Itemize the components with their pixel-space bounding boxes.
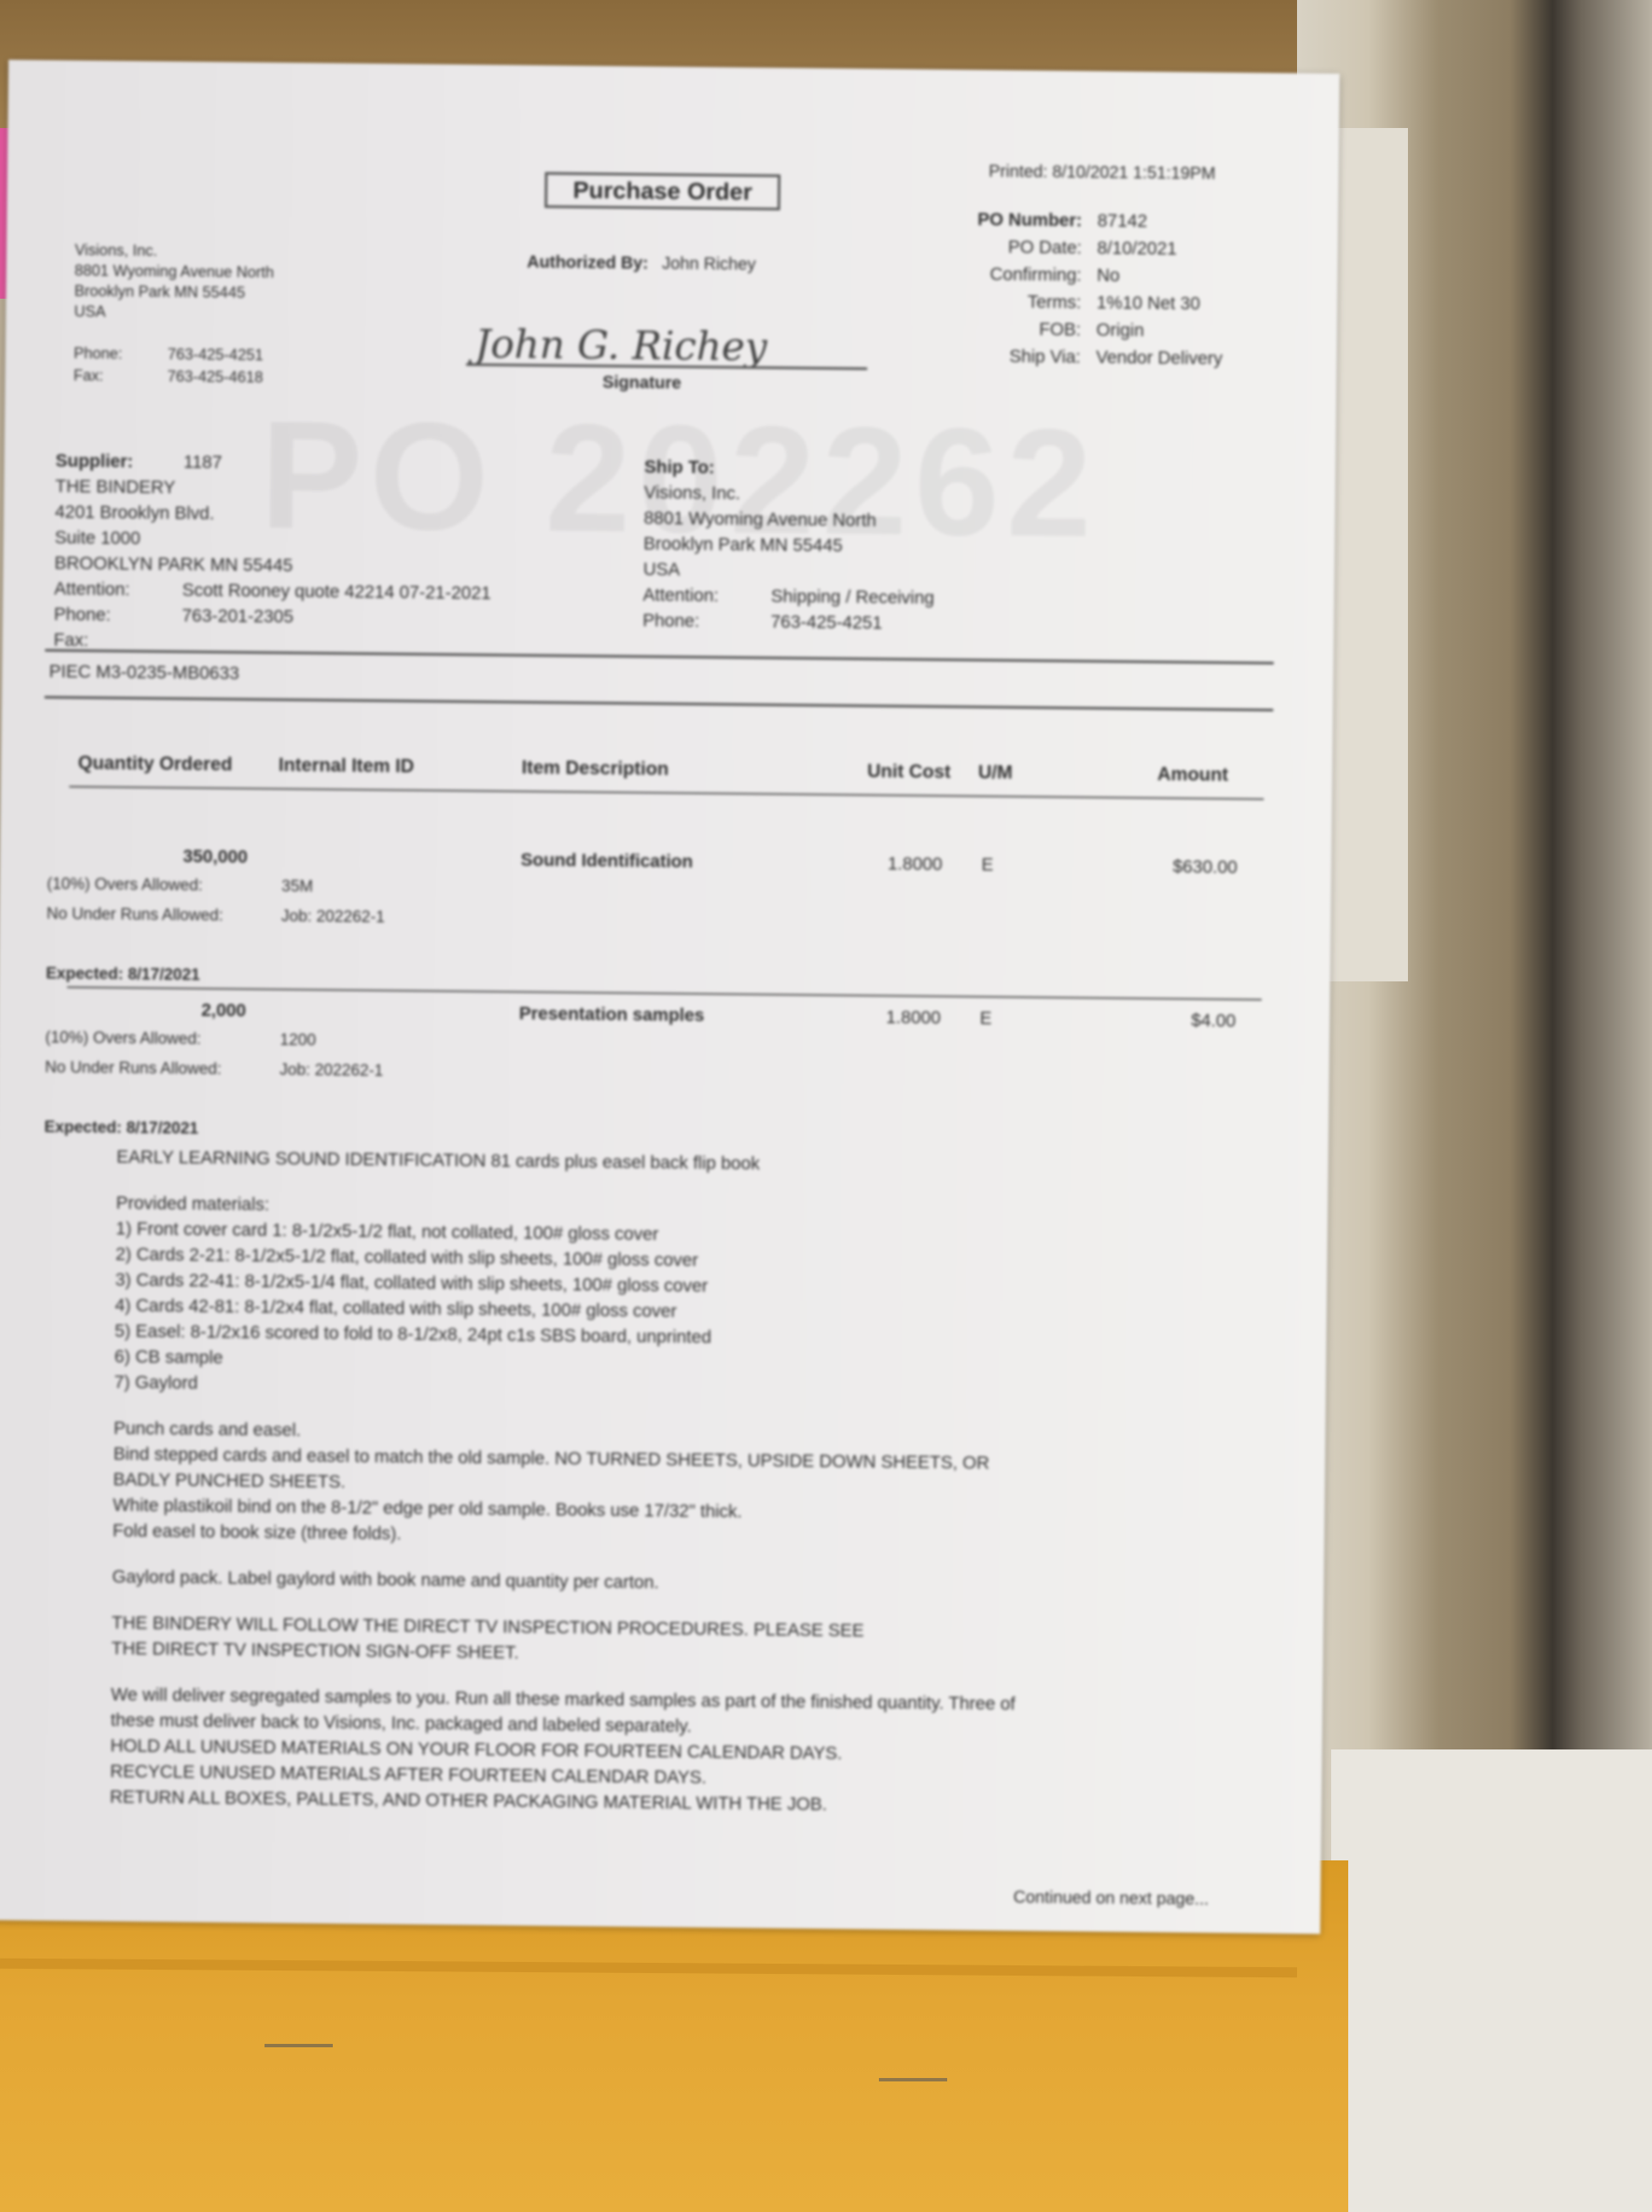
po-meta-label: PO Date: [937, 233, 1097, 262]
row-divider [67, 987, 1262, 1001]
po-meta-row: Ship Via:Vendor Delivery [935, 342, 1223, 373]
divider [44, 696, 1273, 711]
buyer-contact: Phone:763-425-4251 Fax:763-425-4618 [73, 342, 264, 388]
document-title: Purchase Order [544, 172, 781, 211]
po-meta-value: 8/10/2021 [1097, 235, 1178, 263]
po-meta-row: Confirming:No [936, 260, 1224, 291]
divider [45, 649, 1274, 664]
address-line: USA [643, 557, 935, 586]
note-paragraph: EARLY LEARNING SOUND IDENTIFICATION 81 c… [116, 1144, 1225, 1182]
quantity-ordered: 350,000 [128, 847, 247, 868]
po-meta-label: FOB: [936, 315, 1096, 344]
note-paragraph: Gaylord pack. Label gaylord with book na… [112, 1564, 1221, 1602]
expected-date: Expected: 8/17/2021 [46, 965, 201, 986]
po-meta-value: No [1096, 262, 1120, 289]
address-line: Visions, Inc. [644, 480, 936, 509]
expected-date: Expected: 8/17/2021 [44, 1119, 199, 1139]
amount: $630.00 [1109, 857, 1237, 879]
col-header-quantity: Quantity Ordered [78, 752, 232, 776]
note-line: EARLY LEARNING SOUND IDENTIFICATION 81 c… [116, 1144, 1225, 1182]
overs-label: (10%) Overs Allowed: [47, 876, 203, 896]
unit-cost: 1.8000 [887, 854, 942, 876]
envelope-mark [879, 2078, 947, 2081]
authorized-label: Authorized By: [526, 253, 648, 272]
amount: $4.00 [1108, 1010, 1236, 1033]
ship-to-label: Ship To: [644, 457, 715, 478]
envelope-mark [265, 2044, 333, 2047]
authorized-name: John Richey [662, 254, 756, 274]
supplier-code: 1187 [183, 450, 222, 475]
po-meta-value: 87142 [1097, 207, 1148, 236]
address-line: Brooklyn Park MN 55445 [643, 532, 935, 561]
address-line: Visions, Inc. [75, 240, 275, 262]
signature: John G. Richey [474, 321, 767, 370]
col-header-unit-cost: Unit Cost [867, 760, 951, 783]
po-meta-label: PO Number: [937, 206, 1097, 235]
phone-value: 763-425-4251 [771, 609, 882, 636]
phone-value: 763-201-2305 [182, 603, 294, 630]
reference-number: PIEC M3-0235-MB0633 [49, 662, 239, 684]
overs-value: 35M [282, 877, 313, 896]
note-paragraph: Punch cards and easel.Bind stepped cards… [113, 1416, 1223, 1556]
supplier-block: Supplier:1187 THE BINDERY4201 Brooklyn B… [54, 449, 492, 658]
ship-to-block: Ship To: Visions, Inc.8801 Wyoming Avenu… [643, 455, 936, 637]
background-surface [1331, 1749, 1652, 2212]
po-meta-row: Terms:1%10 Net 30 [936, 288, 1224, 318]
col-header-description: Item Description [521, 756, 669, 780]
fax-label: Fax: [73, 364, 167, 387]
address-line: Brooklyn Park MN 55445 [74, 281, 274, 303]
order-notes: EARLY LEARNING SOUND IDENTIFICATION 81 c… [109, 1144, 1225, 1842]
item-description: Presentation samples [519, 1004, 704, 1026]
phone-value: 763-425-4251 [167, 343, 263, 366]
overs-value: 1200 [280, 1031, 317, 1050]
phone-label: Phone: [643, 608, 771, 636]
continued-label: Continued on next page... [1013, 1888, 1208, 1909]
unit-of-measure: E [980, 1009, 992, 1029]
col-header-item-id: Internal Item ID [278, 754, 414, 777]
unders-value: Job: 202262-1 [281, 907, 385, 927]
attention-label: Attention: [643, 583, 771, 610]
address-line: 8801 Wyoming Avenue North [643, 506, 935, 535]
attention-value: Scott Rooney quote 42214 07-21-2021 [182, 578, 491, 607]
unders-label: No Under Runs Allowed: [45, 1059, 222, 1080]
po-meta-value: Origin [1096, 317, 1144, 345]
header-divider [69, 786, 1264, 800]
attention-value: Shipping / Receiving [771, 584, 934, 611]
buyer-address: Visions, Inc.8801 Wyoming Avenue NorthBr… [74, 240, 275, 323]
overs-label: (10%) Overs Allowed: [45, 1029, 201, 1050]
address-line: USA [74, 301, 274, 323]
fax-value: 763-425-4618 [167, 365, 263, 388]
note-paragraph: Provided materials:1) Front cover card 1… [114, 1190, 1225, 1407]
item-description: Sound Identification [521, 850, 693, 872]
note-paragraph: THE BINDERY WILL FOLLOW THE DIRECT TV IN… [111, 1610, 1221, 1674]
po-meta-row: PO Date:8/10/2021 [937, 233, 1224, 264]
address-line: 8801 Wyoming Avenue North [74, 260, 274, 282]
printed-timestamp: Printed: 8/10/2021 1:51:19PM [989, 162, 1216, 184]
col-header-amount: Amount [1157, 763, 1228, 786]
po-meta-label: Confirming: [936, 260, 1096, 289]
unders-value: Job: 202262-1 [279, 1061, 383, 1080]
phone-label: Phone: [73, 342, 167, 365]
po-meta-label: Ship Via: [935, 342, 1096, 371]
phone-label: Phone: [54, 602, 182, 630]
attention-label: Attention: [54, 577, 182, 604]
po-meta-value: Vendor Delivery [1096, 344, 1223, 373]
supplier-label: Supplier: [55, 449, 183, 476]
po-meta-value: 1%10 Net 30 [1096, 289, 1201, 317]
unit-of-measure: E [981, 855, 993, 876]
quantity-ordered: 2,000 [126, 1000, 246, 1022]
col-header-um: U/M [978, 761, 1013, 783]
authorized-by: Authorized By:John Richey [526, 253, 756, 275]
purchase-order-page: Purchase Order Printed: 8/10/2021 1:51:1… [0, 60, 1340, 1934]
po-meta-row: FOB:Origin [936, 315, 1224, 346]
note-line: Gaylord pack. Label gaylord with book na… [112, 1564, 1221, 1602]
po-meta-block: PO Number:87142PO Date:8/10/2021Confirmi… [935, 206, 1224, 373]
po-meta-label: Terms: [936, 288, 1096, 317]
unit-cost: 1.8000 [886, 1008, 940, 1029]
po-meta-row: PO Number:87142 [937, 206, 1224, 236]
unders-label: No Under Runs Allowed: [46, 905, 223, 926]
note-paragraph: We will deliver segregated samples to yo… [110, 1682, 1220, 1822]
